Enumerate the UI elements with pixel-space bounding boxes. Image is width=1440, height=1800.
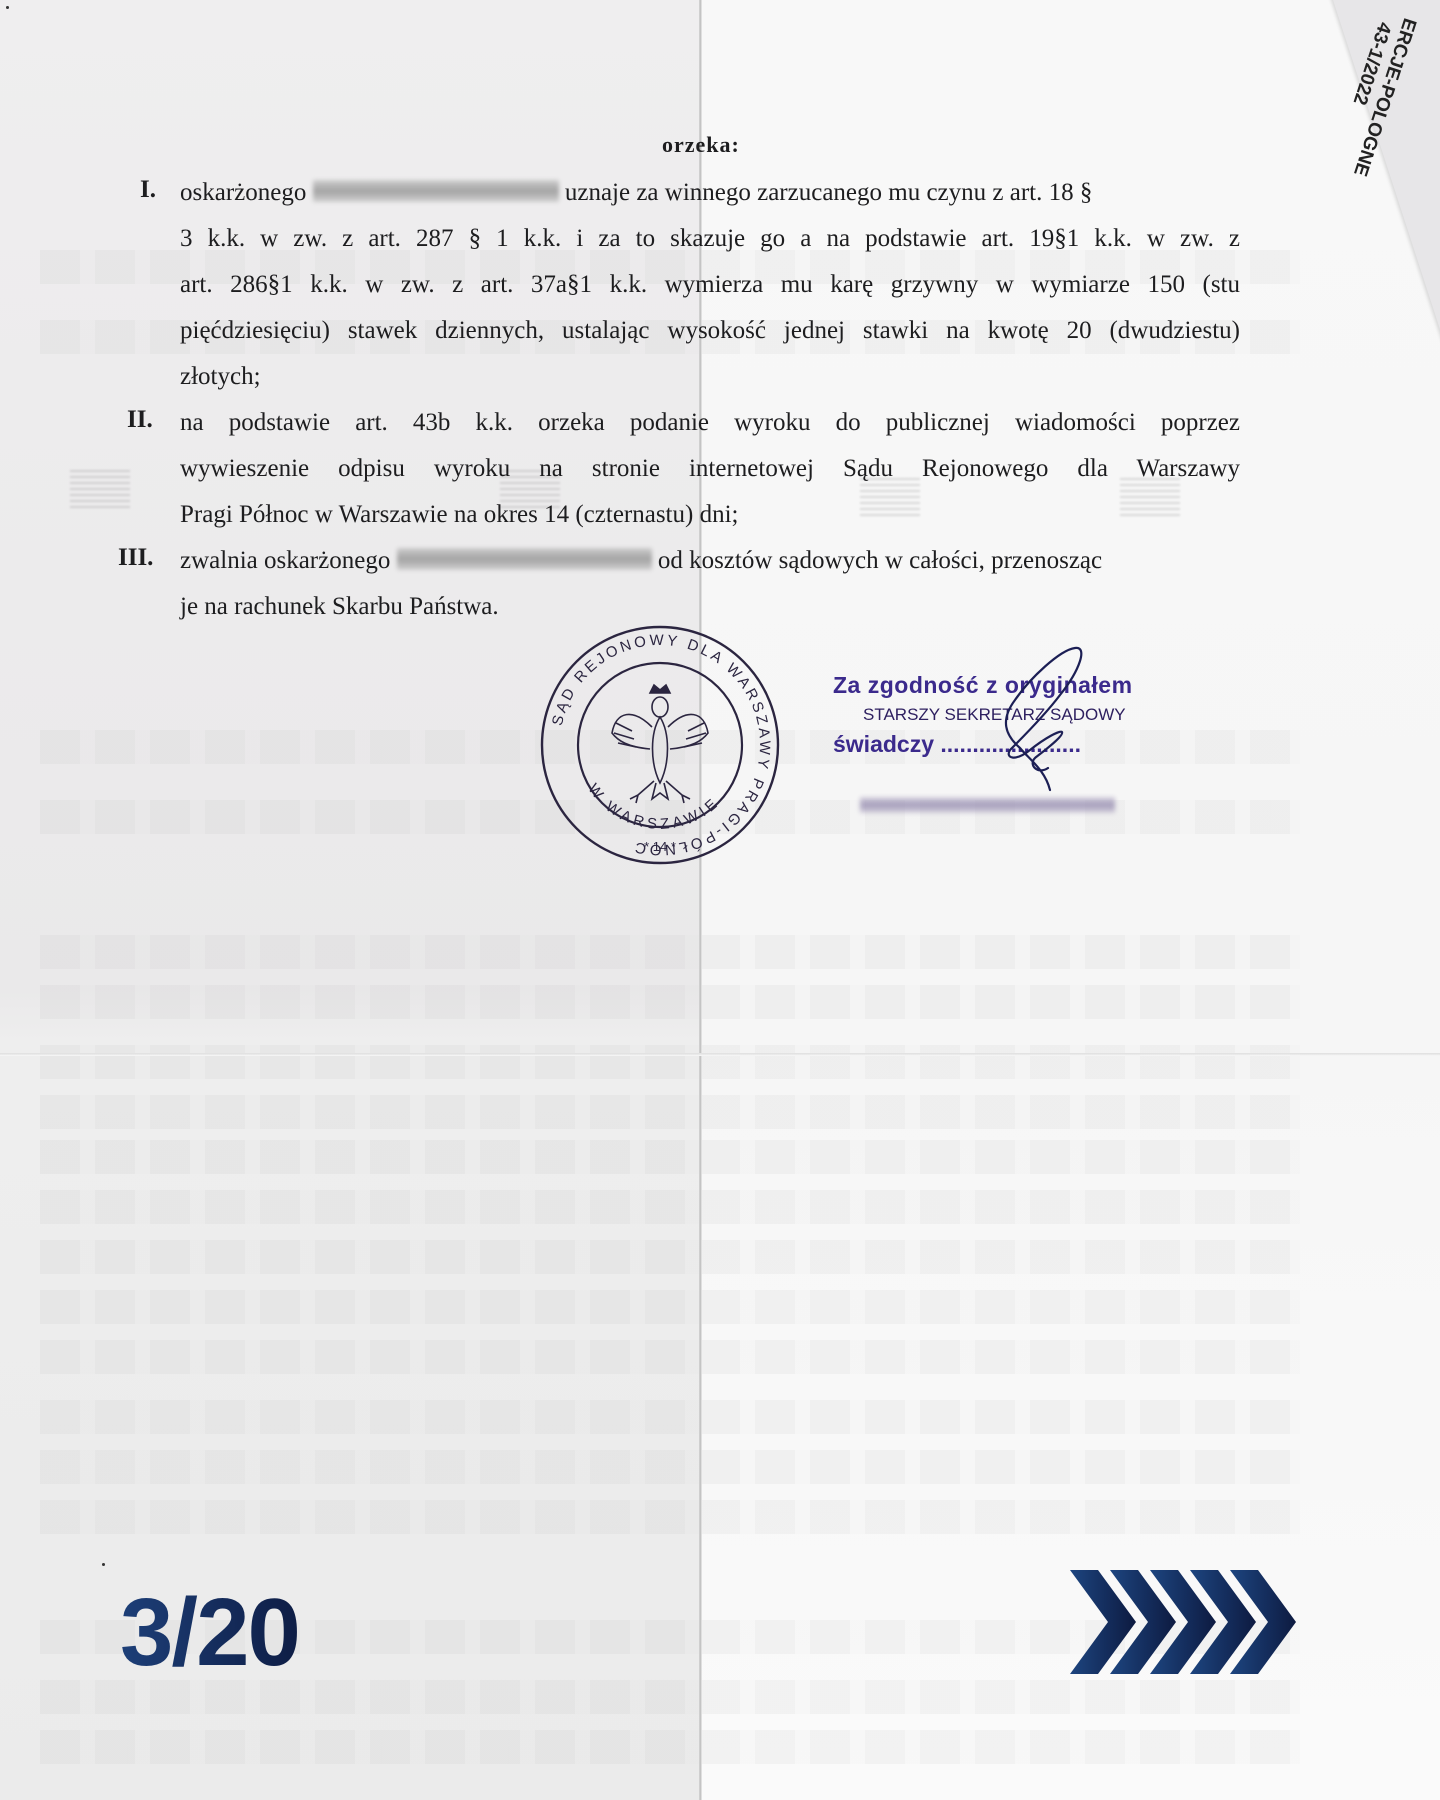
bleed-through-line [40, 1400, 1300, 1434]
section-1-line-2: 3 k.k. w zw. z art. 287 § 1 k.k. i za to… [180, 216, 1240, 262]
redacted-signatory-name [860, 797, 1115, 813]
smudge [70, 470, 130, 510]
bleed-through-line [40, 1450, 1300, 1484]
redacted-name [397, 548, 652, 570]
page-counter: 3/20 [120, 1578, 299, 1688]
bleed-through-line [40, 1500, 1300, 1534]
section-numeral-3: III. [118, 544, 153, 572]
next-page-chevrons-icon[interactable] [1070, 1570, 1310, 1674]
bleed-through-line [40, 1045, 1300, 1079]
verdict-heading: orzeka: [662, 132, 740, 158]
bleed-through-line [40, 1095, 1300, 1129]
section-numeral-2: II. [127, 406, 153, 434]
bleed-through-line [40, 1340, 1300, 1374]
bleed-through-line [40, 1290, 1300, 1324]
section-2-line-3: Pragi Północ w Warszawie na okres 14 (cz… [180, 492, 1240, 538]
signature [990, 640, 1090, 800]
section-numeral-1: I. [140, 176, 156, 204]
bleed-through-line [40, 1240, 1300, 1274]
redacted-name [313, 180, 559, 202]
section-1-line-5: złotych; [180, 354, 1240, 400]
eagle-emblem-icon [612, 685, 708, 803]
bleed-through-line [40, 935, 1300, 969]
bleed-through-line [40, 1730, 1300, 1764]
court-stamp: SĄD REJONOWY DLA WARSZAWY PRAGI-PÓŁNOC W… [538, 623, 782, 867]
section-2-line-1: na podstawie art. 43b k.k. orzeka podani… [180, 400, 1240, 446]
bleed-through-line [40, 1190, 1300, 1224]
speck [6, 6, 9, 9]
section-1-line-3: art. 286§1 k.k. w zw. z art. 37a§1 k.k. … [180, 262, 1240, 308]
svg-text:* 14 *: * 14 * [644, 839, 676, 854]
section-2-line-2: wywieszenie odpisu wyroku na stronie int… [180, 446, 1240, 492]
section-3-line-1: zwalnia oskarżonego od kosztów sądowych … [180, 538, 1240, 584]
section-1: oskarżonego uznaje za winnego zarzucaneg… [180, 170, 1240, 400]
horizontal-fold [0, 1053, 1440, 1056]
section-3: zwalnia oskarżonego od kosztów sądowych … [180, 538, 1240, 630]
section-1-line-1: oskarżonego uznaje za winnego zarzucaneg… [180, 170, 1240, 216]
bleed-through-line [40, 1140, 1300, 1174]
speck [102, 1563, 105, 1566]
section-2: na podstawie art. 43b k.k. orzeka podani… [180, 400, 1240, 538]
section-1-line-4: pięćdziesięciu) stawek dziennych, ustala… [180, 308, 1240, 354]
bleed-through-line [40, 985, 1300, 1019]
